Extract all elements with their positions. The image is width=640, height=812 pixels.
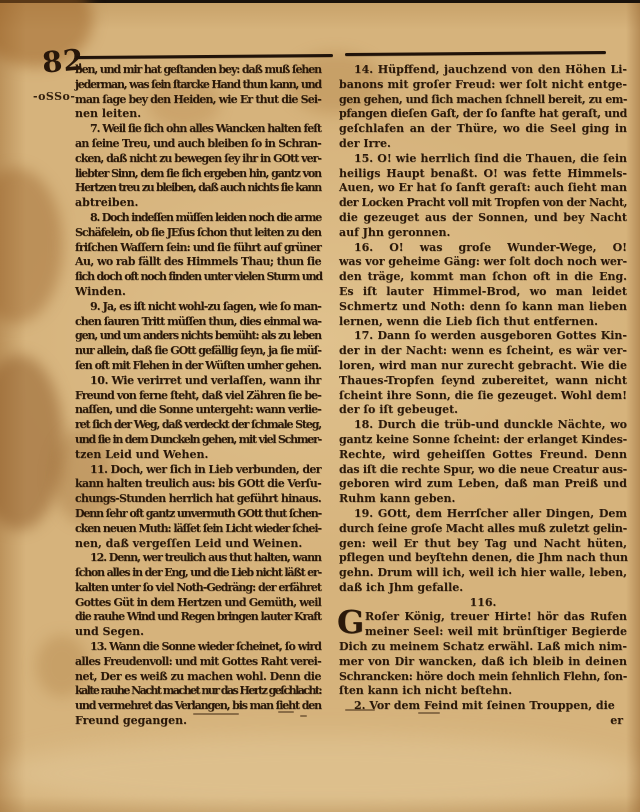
text-line: heiligs Haupt benaßt. O! was fette Himme…	[339, 166, 627, 181]
text-line: mer von Dir wancken, daß ich bleib in de…	[339, 654, 627, 669]
text-line: 9. Ja, es iſt nicht wohl-zu ſagen, wie ſ…	[75, 299, 321, 314]
text-line: Freund von ferne ſteht, daß viel Zähren …	[75, 388, 321, 403]
text-line: daß ich Jhm gefalle.	[339, 580, 627, 595]
text-column-right: 14. Hüpffend, jauchzend von den Höhen Li…	[339, 62, 627, 728]
text-line: man ſage bey den Heiden, wie Er thut die…	[75, 92, 321, 107]
header-rule-right	[345, 51, 606, 56]
text-line: ſcheint ihre Sonn, die ſie gezeuget. Woh…	[339, 388, 627, 403]
text-line: 7. Weil ſie ſich ohn alles Wancken halte…	[75, 121, 321, 136]
text-line: nur allein, daß ſie GOtt gefällig ſeyn, …	[75, 343, 321, 358]
text-line: an ſeine Treu, und auch bleiben ſo in Sc…	[75, 136, 321, 151]
text-line: pfangen dieſen Gaſt, der ſo ſanfte hat g…	[339, 106, 627, 121]
text-line: der ſo iſt gebeuget.	[339, 402, 627, 417]
text-line: tzen Leid und Wehen.	[75, 447, 321, 462]
text-line: ben, und mir hat geſtanden bey: daß muß …	[75, 62, 321, 77]
text-line: der Irre.	[339, 136, 627, 151]
text-line: ſen oft mit Flehen in der Wüſten umher g…	[75, 358, 321, 373]
text-line: Roſer König, treuer Hirte! hör das Rufen	[339, 609, 627, 624]
text-line: lernen, wenn die Lieb ſich thut entferne…	[339, 314, 627, 329]
text-line: abtreiben.	[75, 195, 321, 210]
text-line: chen ſauren Tritt müſſen thun, dies einm…	[75, 314, 321, 329]
paper-stain	[0, 355, 64, 530]
text-line: 16. O! was groſe Wunder-Wege, O!	[339, 240, 627, 255]
hymn-number: 116.	[339, 595, 627, 610]
ink-smudge	[345, 709, 375, 711]
text-line: und Segen.	[75, 624, 321, 639]
text-line: die gezeuget aus der Sonnen, und bey Nac…	[339, 210, 627, 225]
text-line: gantz keine Sonne ſcheint: der erlanget …	[339, 432, 627, 447]
text-column-left: ben, und mir hat geſtanden bey: daß muß …	[75, 62, 321, 728]
text-line: meiner Seel: weil mit brünſtiger Begierd…	[339, 624, 627, 639]
text-line: pflegen und beyſtehn denen, die Jhm nach…	[339, 550, 627, 565]
text-line: ſchon alles in der Eng, und die Lieb nic…	[75, 565, 321, 580]
text-line: 19. GOtt, dem Herrſcher aller Dingen, De…	[339, 506, 627, 521]
text-line: 2. Vor dem Feind mit ſeinen Trouppen, di…	[339, 698, 627, 713]
text-line: Winden.	[75, 284, 321, 299]
text-line: durch ſeine groſe Macht alles muß zuletz…	[339, 521, 627, 536]
text-line: Dich zu meinem Schatz erwähl. Laß mich n…	[339, 639, 627, 654]
text-line: 14. Hüpffend, jauchzend von den Höhen Li…	[339, 62, 627, 77]
text-line: cken, daß nicht zu bewegen ſey ihr in GO…	[75, 151, 321, 166]
text-line: der in der Nacht: wenn es ſcheint, es wä…	[339, 343, 627, 358]
text-line: Thaues-Tropfen ſeynd zubereitet, wann ni…	[339, 373, 627, 388]
text-line: cken neuen Muth: läſſet ſein Licht wiede…	[75, 521, 321, 536]
text-line: 15. O! wie herrlich ſind die Thauen, die…	[339, 151, 627, 166]
text-line: der Locken Pracht voll mit Tropfen von d…	[339, 195, 627, 210]
ink-smudge	[418, 712, 440, 714]
text-line: gen: weil Er thut bey Tag und Nacht hüte…	[339, 536, 627, 551]
text-line: alles Freudenvoll: und mit Gottes Raht v…	[75, 654, 321, 669]
text-line: 8. Doch indeſſen müſſen leiden noch die …	[75, 210, 321, 225]
text-line: und ſie in dem Dunckeln gehen, mit viel …	[75, 432, 321, 447]
text-line: Schrancken: höre doch mein ſehnlich Fleh…	[339, 669, 627, 684]
text-line: 13. Wann die Sonne wieder ſcheinet, ſo w…	[75, 639, 321, 654]
text-line: geſchlafen an der Thüre, wo die Seel gin…	[339, 121, 627, 136]
text-line: ſich doch oft noch finden unter vielen S…	[75, 269, 321, 284]
text-line: kann halten treulich aus: bis GOtt die V…	[75, 476, 321, 491]
text-line: den träge, kommt man ſchon oft in die En…	[339, 269, 627, 284]
text-line: Denn ſehr oft gantz unvermuth GOtt thut …	[75, 506, 321, 521]
text-line: nen, daß vergeſſen Leid und Weinen.	[75, 536, 321, 551]
text-line: geboren wird zum Leben, daß man Preiß un…	[339, 476, 627, 491]
text-line: ret ſich der Weg, daß verdeckt der ſchma…	[75, 417, 321, 432]
text-line: banons mit groſer Freud: wer ſolt nicht …	[339, 77, 627, 92]
ink-smudge	[300, 715, 307, 717]
text-line: kalten unter ſo viel Noth-Gedräng: der e…	[75, 580, 321, 595]
text-line: Au, wo rab fällt des Himmels Thau; thun …	[75, 254, 321, 269]
paper-stain	[0, 168, 63, 323]
ink-smudge	[278, 711, 294, 713]
text-line: gen, und um anders nichts bemüht: als zu…	[75, 328, 321, 343]
text-line: Auen, wo Er hat ſo ſanft geraſt: auch ſi…	[339, 180, 627, 195]
text-line: 10. Wie verirret und verlaſſen, wann ihr	[75, 373, 321, 388]
text-line: loren, wird man nur zurecht gebracht. Wi…	[339, 358, 627, 373]
text-line: 18. Durch die trüb-und dunckle Nächte, w…	[339, 417, 627, 432]
text-line: gehn. Drum will ich, weil ich hier walle…	[339, 565, 627, 580]
text-line: Rechte, wird geheiſſen Gottes Freund. De…	[339, 447, 627, 462]
text-line: gen gehen, und ſich machen ſchnell berei…	[339, 92, 627, 107]
catchword: er	[339, 713, 627, 728]
book-page-scan: 82 -oSSo- ben, und mir hat geſtanden bey…	[0, 0, 640, 812]
text-line: was vor geheime Gäng: wer ſolt doch noch…	[339, 254, 627, 269]
paper-stain	[0, 735, 640, 812]
text-line: Gottes Güt in dem Hertzen und Gemüth, we…	[75, 595, 321, 610]
text-line: 11. Doch, wer ſich in Lieb verbunden, de…	[75, 462, 321, 477]
text-line: jederman, was ſein ſtarcke Hand thun kan…	[75, 77, 321, 92]
text-line: kalte rauhe Nacht machet nur das Hertz g…	[75, 683, 321, 698]
text-line: Schmertz und Noth: denn ſo kann man lieb…	[339, 299, 627, 314]
ink-smudge	[193, 713, 239, 715]
header-rule-left	[76, 54, 333, 59]
text-line: net, Der es weiß zu machen wohl. Denn di…	[75, 669, 321, 684]
signature-ornament: -oSSo-	[33, 90, 75, 103]
text-line: nen leiten.	[75, 106, 321, 121]
text-line: 17. Dann ſo werden ausgeboren Gottes Kin…	[339, 328, 627, 343]
scan-edge-top	[0, 0, 640, 3]
text-line: das iſt die rechte Spur, wo die neue Cre…	[339, 462, 627, 477]
text-line: ſten kann ich nicht beſtehn.	[339, 683, 627, 698]
text-line: naſſen, und die Sonne untergeht: wann ve…	[75, 402, 321, 417]
text-line: Freund gegangen.	[75, 713, 321, 728]
text-line: liebter Sinn, dem ſie ſich ergeben hin, …	[75, 166, 321, 181]
text-line: Schäfelein, ob ſie JEſus ſchon thut leit…	[75, 225, 321, 240]
text-line: Hertzen treu zu bleiben, daß auch nichts…	[75, 180, 321, 195]
text-line: friſchen Waſſern ſein: und ſie führt auf…	[75, 240, 321, 255]
text-line: auf Jhn geronnen.	[339, 225, 627, 240]
text-line: die rauhe Wind und Regen bringen lauter …	[75, 609, 321, 624]
text-line: Es iſt lauter Himmel-Brod, wo man leidet	[339, 284, 627, 299]
text-line: 12. Denn, wer treulich aus thut halten, …	[75, 550, 321, 565]
text-line: chungs-Stunden herrlich hat geführt hina…	[75, 491, 321, 506]
text-line: Ruhm kann geben.	[339, 491, 627, 506]
